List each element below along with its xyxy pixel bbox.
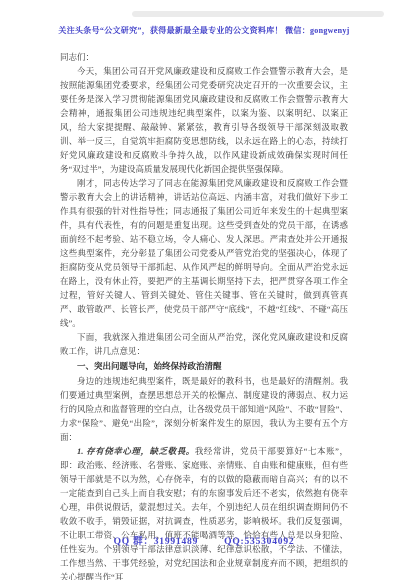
- point1-lead-text: 1. 存有侥幸心理，缺乏敬畏。: [77, 446, 195, 456]
- qq-group-number: QQ 群：31991489: [114, 537, 199, 547]
- paragraph-section1-intro: 身边的违规违纪典型案件，既是最好的教科书，也是最好的清醒剂。我们要通过典型案例，…: [60, 374, 348, 444]
- paragraph-transition: 下面，我就深入推进集团公司全面从严治党，深化党风廉政建设和反腐败工作，讲几点意见…: [60, 330, 348, 358]
- scan-artifact: [132, 11, 384, 17]
- paragraph-review: 刚才，同志传达学习了同志在能源集团党风廉政建设和反腐败工作会暨警示教育大会上的讲…: [60, 176, 348, 330]
- paragraph-point1: 1. 存有侥幸心理，缺乏敬畏。我经常讲，党员干部要算好“七本账”，即：政治账、经…: [60, 444, 348, 580]
- qq-number: QQ:535304092: [224, 537, 294, 547]
- document-page: 关注头条号“公文研究”，获得最新最全最专业的公文资料库！ 微信：gongweny…: [0, 0, 408, 580]
- salutation: 同志们：: [60, 50, 348, 64]
- point1-body-text: 我经常讲，党员干部要算好“七本账”，即：政治账、经济账、名誉账、家庭账、亲情账、…: [60, 446, 348, 580]
- contact-footer: QQ 群：31991489QQ:535304092: [0, 533, 408, 547]
- section-heading-1: 一、突出问题导向，始终保持政治清醒: [60, 359, 348, 373]
- paragraph-intro: 今天，集团公司召开党风廉政建设和反腐败工作会暨警示教育大会，是按照能源集团党委要…: [60, 64, 348, 176]
- document-body: 同志们： 今天，集团公司召开党风廉政建设和反腐败工作会暨警示教育大会，是按照能源…: [60, 50, 348, 580]
- promo-banner: 关注头条号“公文研究”，获得最新最全最专业的公文资料库！ 微信：gongweny…: [0, 0, 408, 36]
